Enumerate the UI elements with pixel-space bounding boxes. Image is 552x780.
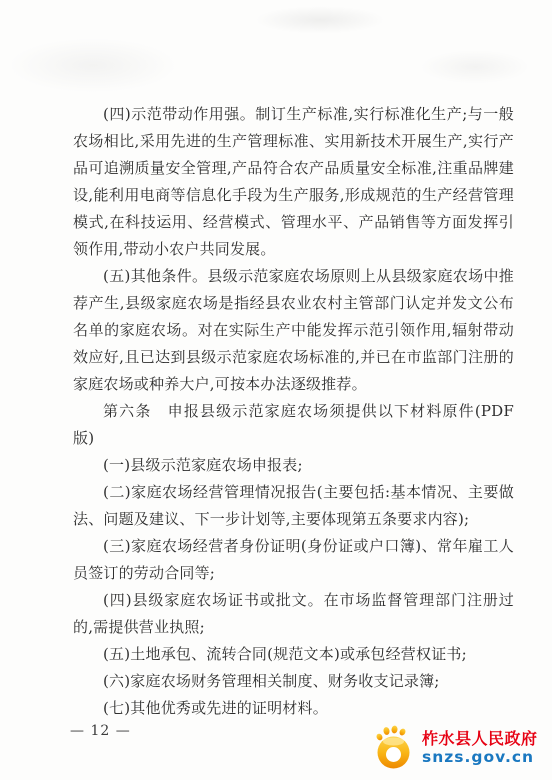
scan-smudge: [8, 38, 178, 93]
gov-stamp-text: 柞水县人民政府 snzs.gov.cn: [422, 729, 538, 766]
gov-footprint-logo-icon: [374, 724, 414, 770]
paragraph-material-5: (五)土地承包、流转合同(规范文本)或承包经营权证书;: [73, 641, 514, 668]
gov-org-name: 柞水县人民政府: [422, 729, 538, 748]
document-body: (四)示范带动作用强。制订生产标准,实行标准化生产;与一般农场相比,采用先进的生…: [73, 101, 514, 722]
scan-smudge: [420, 50, 530, 84]
paragraph-material-1: (一)县级示范家庭农场申报表;: [73, 452, 514, 479]
paragraph-material-2: (二)家庭农场经营管理情况报告(主要包括:基本情况、主要做法、问题及建议、下一步…: [73, 479, 514, 533]
scan-smudge: [255, 6, 385, 34]
page-number: — 12 —: [70, 723, 131, 739]
document-page: (四)示范带动作用强。制订生产标准,实行标准化生产;与一般农场相比,采用先进的生…: [0, 0, 552, 780]
paragraph-material-6: (六)家庭农场财务管理相关制度、财务收支记录簿;: [73, 668, 514, 695]
paragraph-item-5-other-conditions: (五)其他条件。县级示范家庭农场原则上从县级家庭农场中推荐产生,县级家庭农场是指…: [73, 263, 514, 398]
gov-stamp: 柞水县人民政府 snzs.gov.cn: [374, 724, 538, 770]
paragraph-material-4: (四)县级家庭农场证书或批文。在市场监督管理部门注册过的,需提供营业执照;: [73, 587, 514, 641]
paragraph-article-6: 第六条 申报县级示范家庭农场须提供以下材料原件(PDF 版): [73, 398, 514, 452]
paragraph-material-3: (三)家庭农场经营者身份证明(身份证或户口簿)、常年雇工人员签订的劳动合同等;: [73, 533, 514, 587]
paragraph-material-7: (七)其他优秀或先进的证明材料。: [73, 695, 514, 722]
gov-website-url: snzs.gov.cn: [422, 748, 538, 766]
paragraph-item-4-demonstration: (四)示范带动作用强。制订生产标准,实行标准化生产;与一般农场相比,采用先进的生…: [73, 101, 514, 263]
